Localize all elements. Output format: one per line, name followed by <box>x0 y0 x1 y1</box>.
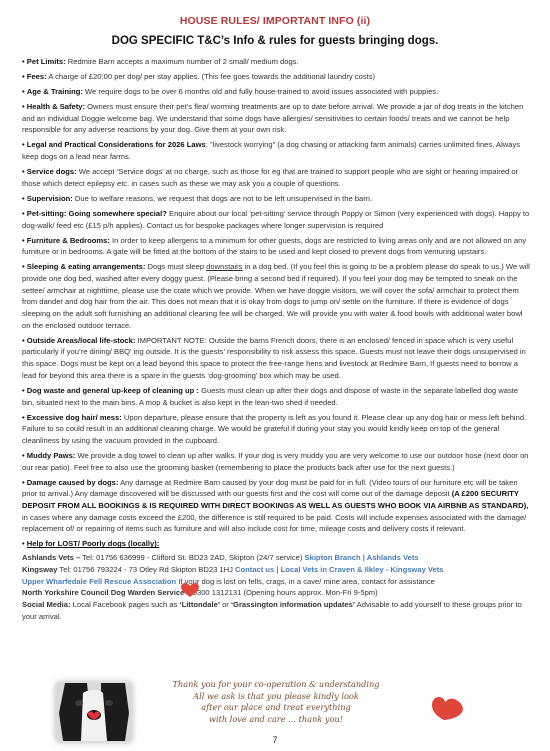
bullet-icon: • <box>22 102 25 111</box>
kingsway-vets-link[interactable]: Contact us | Local Vets in Craven & Ilkl… <box>235 565 444 574</box>
rule-muddy-paws: • Muddy Paws: We provide a dog towel to … <box>22 450 530 473</box>
bullet-icon: • <box>22 236 25 245</box>
rule-label: Legal and Practical Considerations for 2… <box>27 140 206 149</box>
heart-icon <box>430 694 466 722</box>
contact-name: Ashlands Vets – <box>22 553 80 562</box>
contact-details: 0300 1312131 (Opening hours approx. Mon-… <box>191 588 378 597</box>
rule-text-underlined: downstairs <box>206 262 242 271</box>
document-page: HOUSE RULES/ IMPORTANT INFO (ii) DOG SPE… <box>0 0 550 751</box>
page-title: HOUSE RULES/ IMPORTANT INFO (ii) <box>0 15 550 27</box>
thank-you-message: Thank you for your co-operation & unders… <box>160 679 392 725</box>
rule-label: Outside Areas/local life-stock: <box>27 336 136 345</box>
bullet-icon: • <box>22 57 25 66</box>
contact-dog-warden: North Yorkshire Council Dog Warden Servi… <box>22 587 530 599</box>
rule-label: Excessive dog hair/ mess: <box>27 413 122 422</box>
rule-fees: • Fees: A charge of £20:00 per dog/ per … <box>22 71 530 83</box>
rule-text: Dogs must sleep <box>145 262 206 271</box>
rule-text: in cases where any damage costs exceed t… <box>22 513 526 534</box>
rule-label: Damage caused by dogs: <box>27 478 119 487</box>
contact-fell-rescue: Upper Wharfedale Fell Rescue Association… <box>22 576 530 588</box>
rule-damage: • Damage caused by dogs: Any damage at R… <box>22 477 530 536</box>
rule-text: Due to welfare reasons, we request that … <box>73 194 372 203</box>
thanks-line: after our place and treat everything <box>160 702 392 714</box>
rule-help-lost-dogs: • Help for LOST/ Poorly dogs (locally): <box>22 538 530 550</box>
rule-sleeping-eating: • Sleeping & eating arrangements: Dogs m… <box>22 261 530 331</box>
contact-details: If your dog is lost on fells, crags, in … <box>176 577 435 586</box>
dog-photo <box>57 683 131 741</box>
bullet-icon: • <box>22 539 25 548</box>
rule-age-training: • Age & Training: We require dogs to be … <box>22 86 530 98</box>
thanks-line: Thank you for your co-operation & unders… <box>160 679 392 691</box>
rule-text: We accept ‘Service dogs’ at no charge, s… <box>22 167 518 188</box>
rules-list: • Pet Limits: Redmire Barn accepts a max… <box>22 56 530 622</box>
rule-label: Pet Limits: <box>27 57 66 66</box>
rule-text: We provide a dog towel to clean up after… <box>22 451 529 472</box>
rule-pet-sitting: • Pet-sitting: Going somewhere special? … <box>22 208 530 231</box>
rule-label: Health & Safety: <box>27 102 85 111</box>
rule-pet-limits: • Pet Limits: Redmire Barn accepts a max… <box>22 56 530 68</box>
contact-name: North Yorkshire Council Dog Warden Servi… <box>22 588 191 597</box>
rule-label: Service dogs: <box>27 167 77 176</box>
bullet-icon: • <box>22 140 25 149</box>
facebook-page-littondale: ‘Littondale’ <box>179 600 220 609</box>
rule-outside-areas: • Outside Areas/local life-stock: IMPORT… <box>22 335 530 382</box>
bullet-icon: • <box>22 478 25 487</box>
page-subtitle: DOG SPECIFIC T&C’s Info & rules for gues… <box>0 35 550 47</box>
ashlands-vets-link[interactable]: Skipton Branch | Ashlands Vets <box>305 553 419 562</box>
bullet-icon: • <box>22 386 25 395</box>
bullet-icon: • <box>22 72 25 81</box>
rule-text: Redmire Barn accepts a maximum number of… <box>66 57 299 66</box>
thanks-line: All we ask is that you please kindly loo… <box>160 691 392 703</box>
bullet-icon: • <box>22 336 25 345</box>
page-number: 7 <box>0 735 550 745</box>
contact-name: Kingsway <box>22 565 57 574</box>
contact-details: or <box>220 600 231 609</box>
rule-dog-waste: • Dog waste and general up-keep of clean… <box>22 385 530 408</box>
contact-name: Social Media: <box>22 600 71 609</box>
bullet-icon: • <box>22 262 25 271</box>
contact-details: Local Facebook pages such as <box>71 600 180 609</box>
bullet-icon: • <box>22 451 25 460</box>
contact-ashlands-vets: Ashlands Vets – Tel: 01756 636999 - Clif… <box>22 552 530 564</box>
rule-text: We require dogs to be over 6 months old … <box>83 87 438 96</box>
rule-text: Owners must ensure their pet’s flea/ wor… <box>22 102 523 134</box>
rule-label: Furniture & Bedrooms: <box>27 236 110 245</box>
rule-service-dogs: • Service dogs: We accept ‘Service dogs’… <box>22 166 530 189</box>
facebook-page-grassington: ‘Grassington information updates’ <box>231 600 355 609</box>
bullet-icon: • <box>22 167 25 176</box>
rule-text: A charge of £20:00 per dog/ per stay app… <box>47 72 375 81</box>
bullet-icon: • <box>22 209 25 218</box>
rule-label: Dog waste and general up-keep of cleanin… <box>27 386 199 395</box>
rule-label: Sleeping & eating arrangements: <box>27 262 146 271</box>
heart-icon <box>180 582 200 598</box>
contact-details: Tel: 01756 793224 - 73 Otley Rd Skipton … <box>57 565 235 574</box>
contacts-section: Ashlands Vets – Tel: 01756 636999 - Clif… <box>22 552 530 622</box>
rule-label: Muddy Paws: <box>27 451 76 460</box>
rule-furniture-bedrooms: • Furniture & Bedrooms: In order to keep… <box>22 235 530 258</box>
rule-label: Supervision: <box>27 194 73 203</box>
rule-label: Age & Training: <box>27 87 83 96</box>
bullet-icon: • <box>22 87 25 96</box>
contact-kingsway-vets: Kingsway Tel: 01756 793224 - 73 Otley Rd… <box>22 564 530 576</box>
rule-legal-2026: • Legal and Practical Considerations for… <box>22 139 530 162</box>
bullet-icon: • <box>22 413 25 422</box>
rule-health-safety: • Health & Safety: Owners must ensure th… <box>22 101 530 136</box>
thanks-line: with love and care ... thank you! <box>160 714 392 726</box>
rule-excessive-hair: • Excessive dog hair/ mess: Upon departu… <box>22 412 530 447</box>
rule-label: Help for LOST/ Poorly dogs (locally): <box>27 539 159 548</box>
rule-label: Fees: <box>27 72 47 81</box>
rule-supervision: • Supervision: Due to welfare reasons, w… <box>22 193 530 205</box>
rule-text: in a dog bed. (If you feel this is going… <box>22 262 530 330</box>
contact-details: Tel: 01756 636999 - Clifford St. BD23 2A… <box>80 553 304 562</box>
bullet-icon: • <box>22 194 25 203</box>
contact-social-media: Social Media: Local Facebook pages such … <box>22 599 530 622</box>
fell-rescue-link[interactable]: Upper Wharfedale Fell Rescue Association <box>22 577 176 586</box>
rule-label: Pet-sitting: Going somewhere special? <box>27 209 167 218</box>
